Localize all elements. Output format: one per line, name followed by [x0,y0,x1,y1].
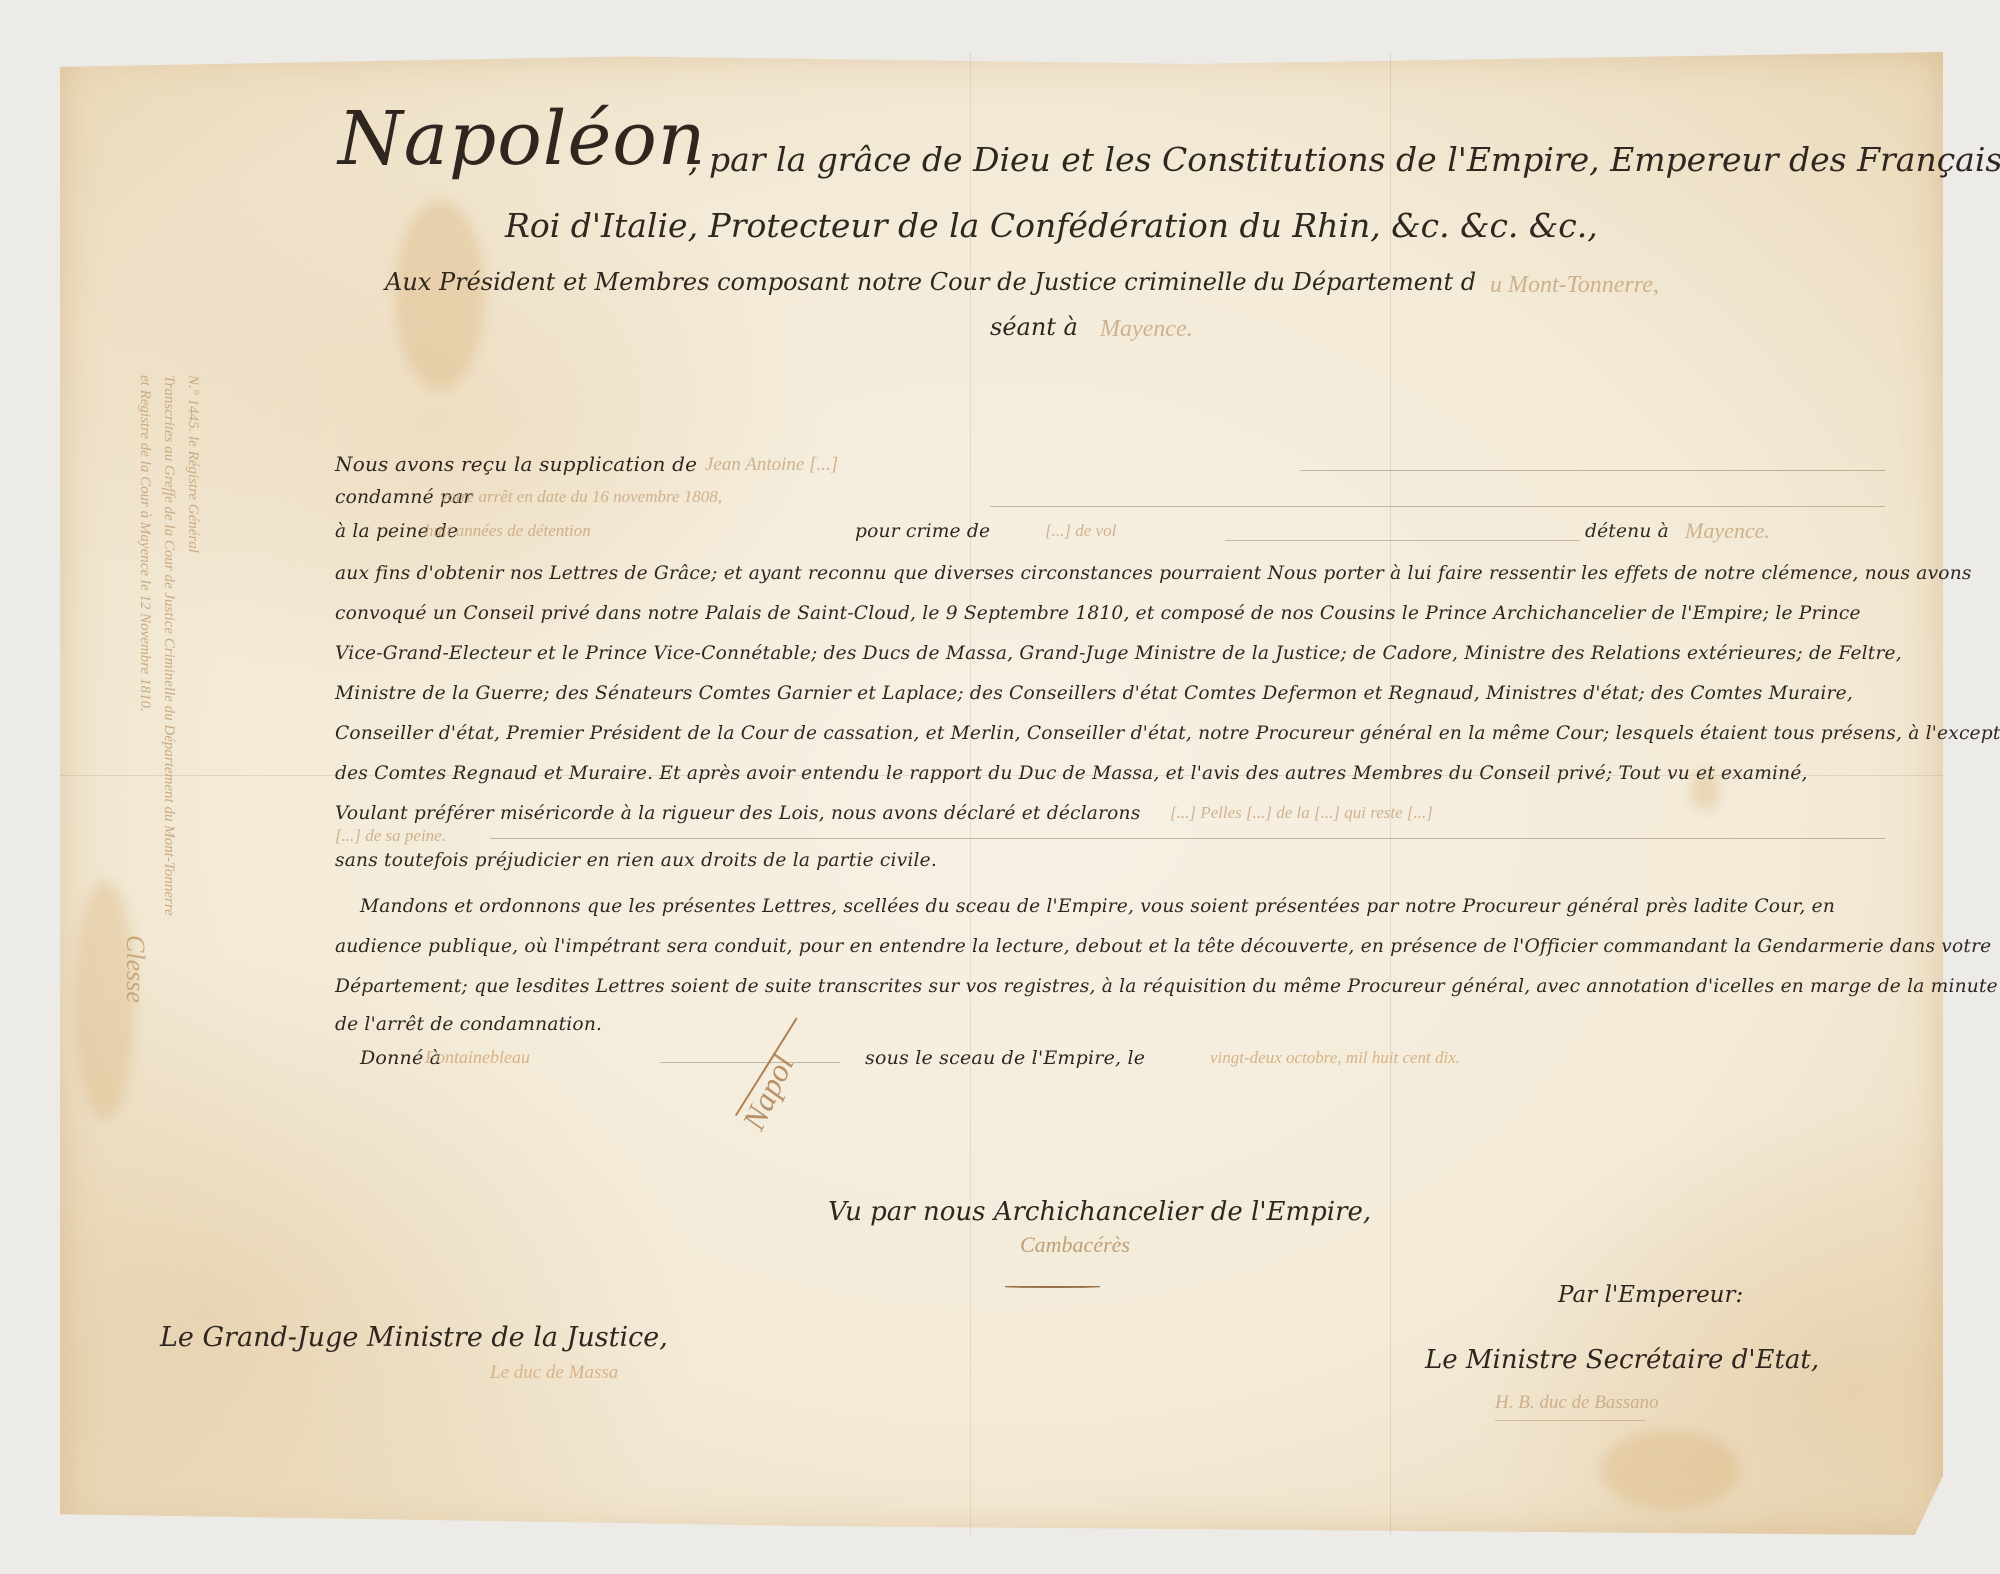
archchancellor-signature: Cambacérès [1020,1232,1130,1258]
form-rule [1225,540,1580,541]
judgment-handwritten: votre arrêt en date du 16 novembre 1808, [440,487,722,507]
secretary-signature: H. B. duc de Bassano [1495,1392,1659,1414]
mandate-line: audience publique, où l'impétrant sera c… [335,936,1991,957]
margin-note-line: N.° 1445. le Régistre Général [181,375,205,916]
body-line: aux fins d'obtenir nos Lettres de Grâce;… [335,563,1972,584]
margin-note-line: Transcrites au Greffe de la Cour de Just… [157,375,181,916]
archchancellor-line: Vu par nous Archichancelier de l'Empire, [828,1197,1371,1227]
detained-place-handwritten: Mayence. [1685,518,1770,544]
address-line: Aux Président et Membres composant notre… [385,268,1476,296]
supplication-label: Nous avons reçu la supplication de [335,452,697,476]
mandate-line: Mandons et ordonnons que les présentes L… [360,896,1835,917]
seat-label: séant à [990,313,1078,341]
crime-label: pour crime de [855,521,990,542]
justice-minister-line: Le Grand-Juge Ministre de la Justice, [160,1322,668,1353]
justice-minister-signature: Le duc de Massa [490,1362,618,1384]
form-rule [660,1062,840,1063]
margin-note-line: et Registre de la Cour à Mayence le 12 N… [133,375,157,916]
clerk-signature: Clesse [120,935,150,1003]
title-line-2: Roi d'Italie, Protecteur de la Confédéra… [505,206,1598,245]
seat-handwritten: Mayence. [1100,316,1193,343]
registry-margin-note: N.° 1445. le Régistre Général Transcrite… [133,375,205,916]
signature-flourish [1005,1286,1100,1288]
supplicant-name-handwritten: Jean Antoine [...] [705,454,838,476]
body-line: Conseiller d'état, Premier Président de … [335,723,2000,744]
form-rule [990,506,1885,507]
department-handwritten: u Mont-Tonnerre, [1490,272,1659,299]
crime-handwritten: [...] de vol [1045,521,1116,541]
secretary-line: Le Ministre Secrétaire d'Etat, [1425,1345,1819,1375]
given-date-handwritten: vingt-deux octobre, mil huit cent dix. [1210,1048,1460,1068]
body-line: Vice-Grand-Electeur et le Prince Vice-Co… [335,643,1902,664]
form-rule [1300,470,1885,471]
emperor-line: Par l'Empereur: [1558,1282,1743,1308]
seal-label: sous le sceau de l'Empire, le [865,1047,1145,1069]
body-line: Ministre de la Guerre; des Sénateurs Com… [335,683,1853,704]
mandate-line: de l'arrêt de condamnation. [335,1014,602,1035]
declaration-handwritten-cont: [...] de sa peine. [335,826,446,846]
given-place-handwritten: Fontainebleau [425,1047,530,1068]
mandate-line: Département; que lesdites Lettres soient… [335,976,1998,997]
water-stain [1600,1430,1740,1510]
detained-label: détenu à [1585,521,1669,542]
penalty-handwritten: huit années de détention [425,521,591,541]
signature-rule [1495,1420,1645,1421]
declaration-handwritten: [...] Pelles [...] de la [...] qui reste… [1170,803,1433,823]
body-line: convoqué un Conseil privé dans notre Pal… [335,603,1861,624]
body-line: Voulant préférer miséricorde à la rigueu… [335,803,1140,824]
sovereign-name: Napoléon [338,96,706,182]
civil-reservation: sans toutefois préjudicier en rien aux d… [335,850,937,871]
body-line: des Comtes Regnaud et Muraire. Et après … [335,763,1808,784]
form-rule [490,838,1885,839]
title-line-1: , par la grâce de Dieu et les Constituti… [688,140,2000,179]
